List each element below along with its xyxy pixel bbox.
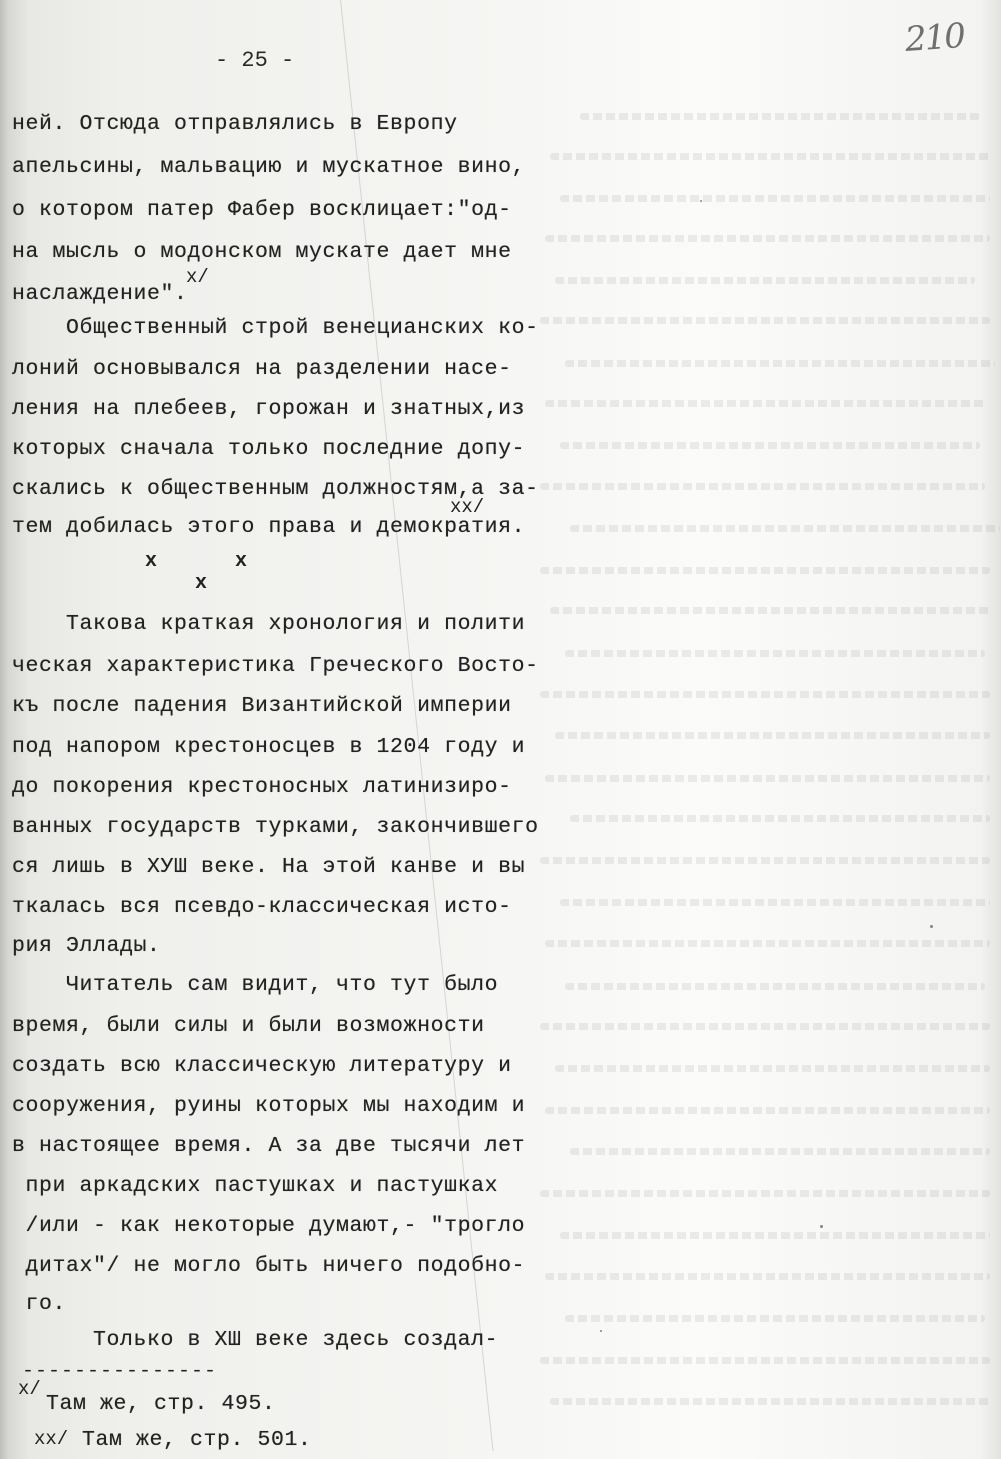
text-line: тем добилась этого права и демократия. (12, 515, 525, 539)
text-line: го. (12, 1292, 66, 1316)
text-line: къ после падения Византийской империи (12, 694, 512, 718)
text-line: Такова краткая хронология и полити (12, 612, 525, 636)
text-line: ческая характеристика Греческого Восто- (12, 654, 539, 678)
separator-mark: x (195, 572, 207, 595)
separator-mark: x (235, 550, 247, 573)
text-line: Читатель сам видит, что тут было (12, 973, 498, 997)
text-line: о котором патер Фабер восклицает:"од- (12, 198, 512, 222)
handwritten-folio-number: 210 (904, 16, 966, 60)
text-line: рия Эллады. (12, 934, 161, 958)
text-line: Общественный строй венецианских ко- (12, 316, 539, 340)
text-line: ткалась вся псевдо-классическая исто- (12, 895, 512, 919)
separator-mark: x (145, 550, 157, 573)
bleed-through-text (540, 95, 1001, 1455)
text-line: под напором крестоносцев в 1204 году и (12, 735, 525, 759)
footnote-marker: x/ (186, 266, 209, 288)
text-line: ся лишь в ХУШ веке. На этой канве и вы (12, 855, 525, 879)
text-line: Только в ХШ веке здесь создал- (12, 1328, 498, 1352)
paper-speck (930, 925, 933, 928)
text-line: до покорения крестоносных латинизиро- (12, 775, 512, 799)
text-line: дитах"/ не могло быть ничего подобно- (12, 1254, 525, 1278)
footnote-text: Там же, стр. 501. (82, 1428, 312, 1452)
text-line: в настоящее время. А за две тысячи лет (12, 1134, 525, 1158)
scanned-page: 210 - 25 - ней. Отсюда отправлялись в Ев… (0, 0, 1001, 1459)
text-line: ванных государств турками, закончившего (12, 815, 539, 839)
footnote-text: Там же, стр. 495. (46, 1392, 276, 1416)
text-line: которых сначала только последние допу- (12, 437, 525, 461)
text-line: создать всю классическую литературу и (12, 1054, 512, 1078)
paper-speck (820, 1225, 823, 1228)
paper-speck (600, 1330, 602, 1332)
text-line: время, были силы и были возможности (12, 1014, 485, 1038)
text-line: апельсины, мальвацию и мускатное вино, (12, 155, 525, 179)
footnote-rule: --------------- (22, 1360, 217, 1383)
text-line: сооружения, руины которых мы находим и (12, 1094, 525, 1118)
page-number: - 25 - (215, 48, 294, 73)
text-line: при аркадских пастушках и пастушках (12, 1174, 498, 1198)
footnote-marker: x/ (18, 1378, 41, 1400)
text-line: /или - как некоторые думают,- "трогло (12, 1214, 525, 1238)
text-line: на мысль о модонском мускате дает мне (12, 240, 512, 264)
text-line: лоний основывался на разделении насе- (12, 357, 512, 381)
text-line: ней. Отсюда отправлялись в Европу (12, 112, 458, 136)
text-line: ления на плебеев, горожан и знатных,из (12, 397, 525, 421)
paper-speck (700, 200, 702, 202)
footnote-marker: xx/ (34, 1428, 68, 1450)
text-line: наслаждение". (12, 282, 188, 306)
